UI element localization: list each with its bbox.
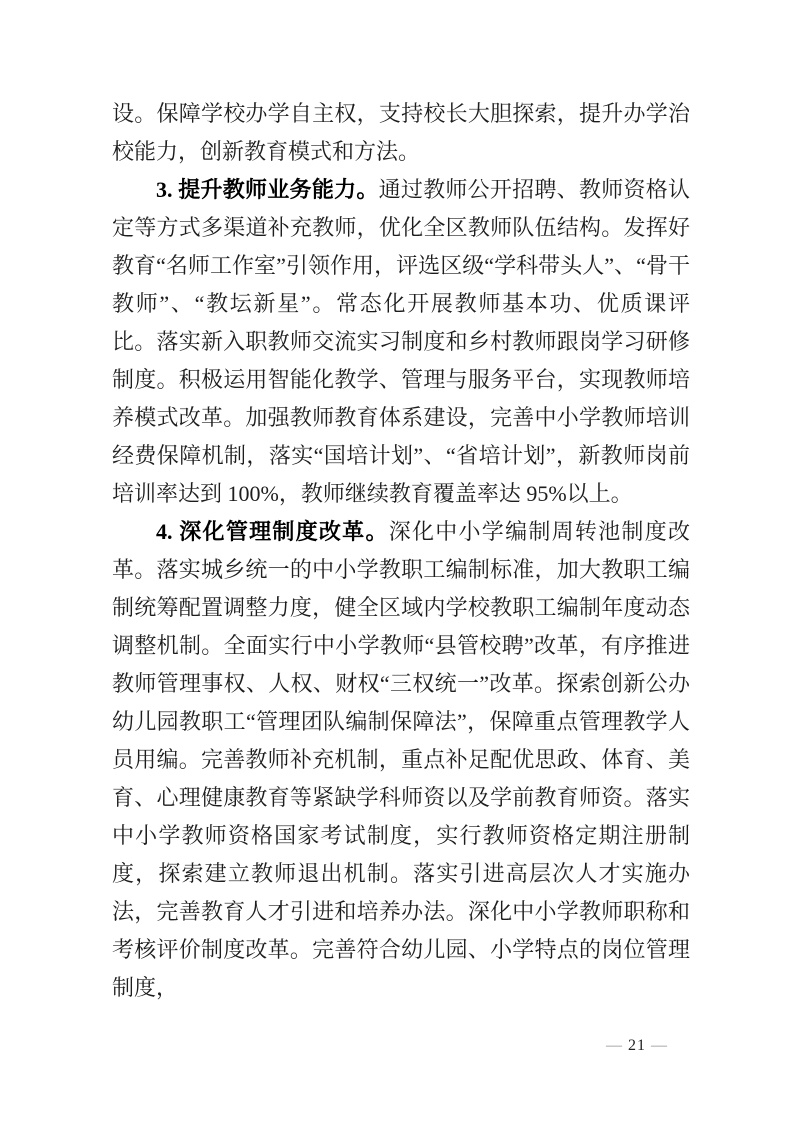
paragraph-text: 通过教师公开招聘、教师资格认定等方式多渠道补充教师，优化全区教师队伍结构。发挥好…	[112, 177, 690, 506]
paragraph-continuation: 设。保障学校办学自主权，支持校长大胆探索，提升办学治校能力，创新教育模式和方法。	[112, 95, 690, 171]
paragraph-section-4: 4. 深化管理制度改革。深化中小学编制周转池制度改革。落实城乡统一的中小学教职工…	[112, 513, 690, 1007]
page-number-dash-right: —	[646, 1037, 673, 1054]
document-page: 设。保障学校办学自主权，支持校长大胆探索，提升办学治校能力，创新教育模式和方法。…	[0, 0, 793, 1122]
paragraph-text: 设。保障学校办学自主权，支持校长大胆探索，提升办学治校能力，创新教育模式和方法。	[112, 101, 690, 164]
page-number-dash-left: —	[601, 1037, 628, 1054]
page-number-value: 21	[628, 1037, 646, 1054]
section-4-heading: 4. 深化管理制度改革。	[156, 519, 389, 544]
paragraph-section-3: 3. 提升教师业务能力。通过教师公开招聘、教师资格认定等方式多渠道补充教师，优化…	[112, 171, 690, 513]
paragraph-text: 深化中小学编制周转池制度改革。落实城乡统一的中小学教职工编制标准，加大教职工编制…	[112, 519, 690, 1000]
section-3-heading: 3. 提升教师业务能力。	[156, 177, 379, 202]
document-body: 设。保障学校办学自主权，支持校长大胆探索，提升办学治校能力，创新教育模式和方法。…	[112, 95, 690, 1007]
page-number: —21—	[601, 1036, 673, 1056]
